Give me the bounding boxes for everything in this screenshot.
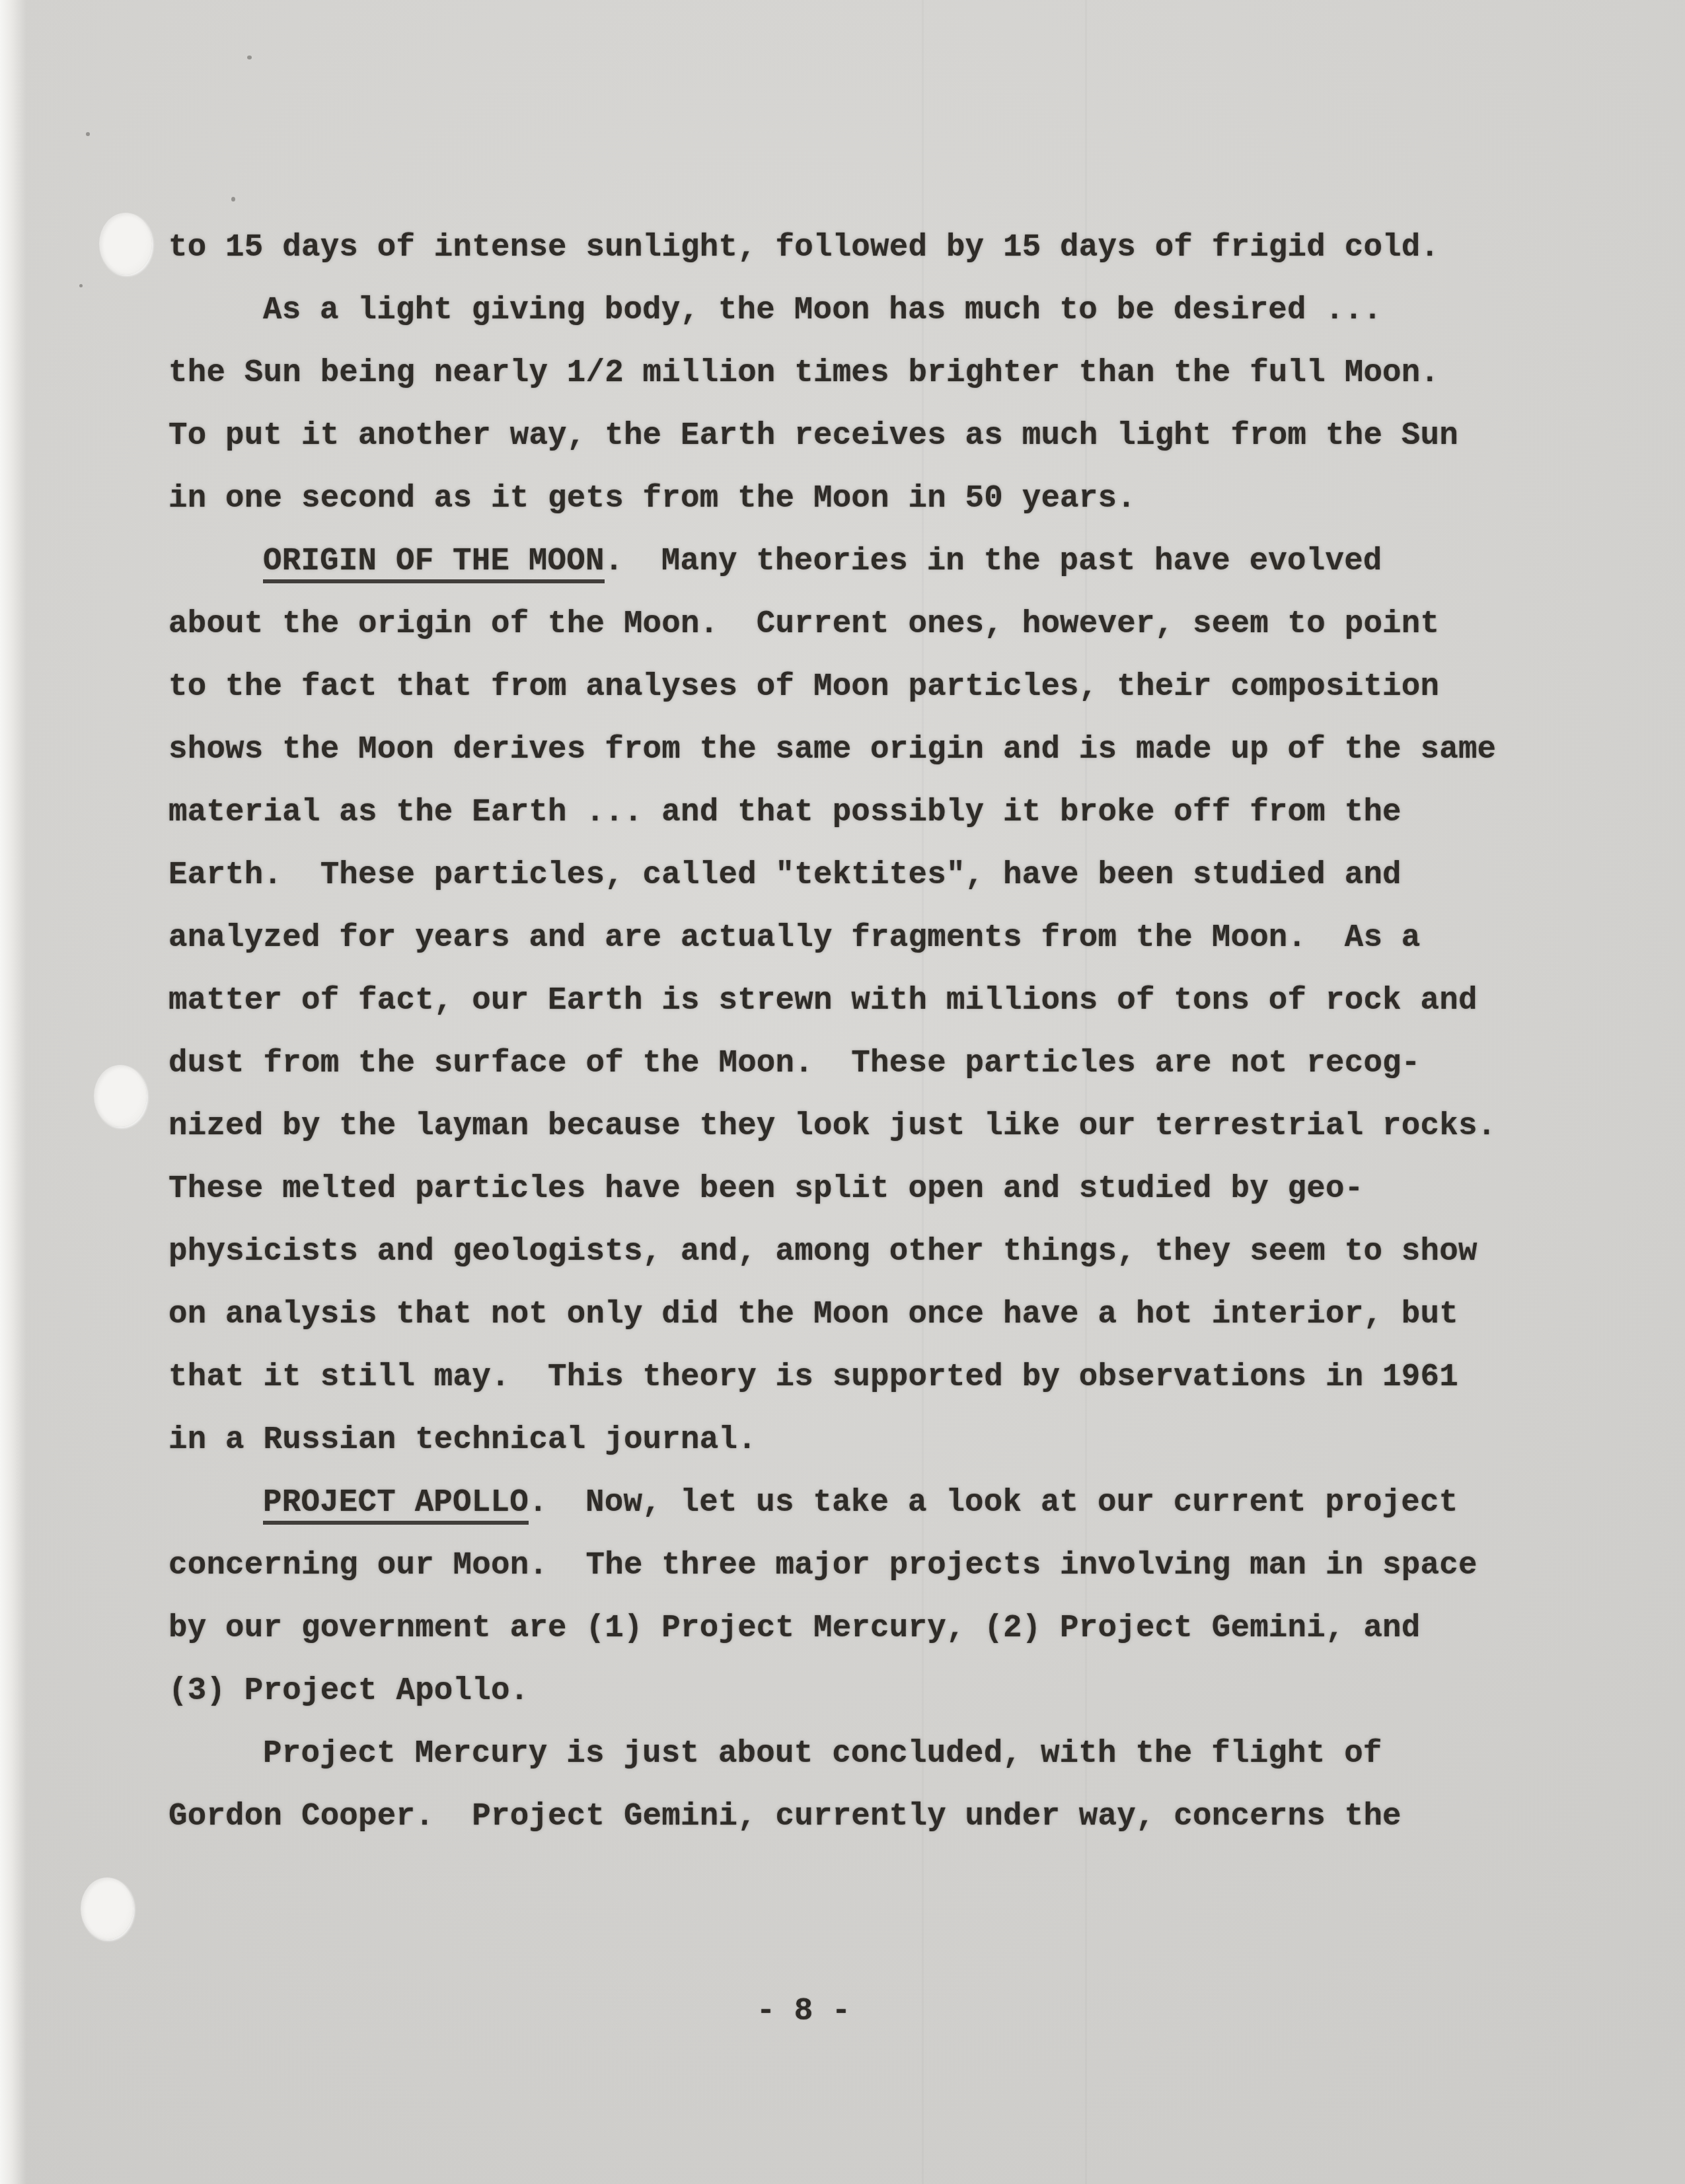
text-segment: to 15 days of intense sunlight, followed… (168, 230, 1439, 266)
scanned-document-page: to 15 days of intense sunlight, followed… (0, 0, 1685, 2184)
text-line: to the fact that from analyses of Moon p… (168, 656, 1563, 719)
text-line: to 15 days of intense sunlight, followed… (168, 217, 1563, 279)
paper-speck (79, 284, 83, 287)
text-line: Earth. These particles, called "tektites… (168, 844, 1563, 907)
text-segment: (3) Project Apollo. (168, 1673, 529, 1709)
text-segment: As a light giving body, the Moon has muc… (263, 293, 1382, 328)
punch-hole (99, 213, 152, 275)
text-segment: by our government are (1) Project Mercur… (168, 1611, 1421, 1646)
text-segment: the Sun being nearly 1/2 million times b… (168, 355, 1439, 391)
text-segment: matter of fact, our Earth is strewn with… (168, 983, 1478, 1019)
text-segment: to the fact that from analyses of Moon p… (168, 669, 1439, 705)
text-segment: . Now, let us take a look at our current… (529, 1485, 1458, 1521)
text-line: shows the Moon derives from the same ori… (168, 719, 1563, 782)
text-segment: in a Russian technical journal. (168, 1422, 757, 1458)
section-heading: PROJECT APOLLO (263, 1485, 529, 1525)
text-segment: Earth. These particles, called "tektites… (168, 857, 1402, 893)
text-segment: Project Mercury is just about concluded,… (263, 1736, 1382, 1772)
punch-hole (81, 1877, 133, 1940)
text-segment: These melted particles have been split o… (168, 1171, 1363, 1207)
text-line: Project Mercury is just about concluded,… (168, 1723, 1563, 1786)
text-segment: nized by the layman because they look ju… (168, 1109, 1496, 1144)
text-segment: physicists and geologists, and, among ot… (168, 1234, 1478, 1270)
text-line: ORIGIN OF THE MOON. Many theories in the… (168, 530, 1563, 593)
text-line: in a Russian technical journal. (168, 1409, 1563, 1472)
text-segment: . Many theories in the past have evolved (605, 544, 1382, 579)
text-segment: dust from the surface of the Moon. These… (168, 1046, 1421, 1081)
text-segment: shows the Moon derives from the same ori… (168, 732, 1496, 768)
text-line: As a light giving body, the Moon has muc… (168, 279, 1563, 342)
text-line: concerning our Moon. The three major pro… (168, 1535, 1563, 1597)
text-line: material as the Earth ... and that possi… (168, 782, 1563, 844)
text-line: PROJECT APOLLO. Now, let us take a look … (168, 1472, 1563, 1535)
text-line: Gordon Cooper. Project Gemini, currently… (168, 1786, 1563, 1848)
text-segment: concerning our Moon. The three major pro… (168, 1548, 1478, 1583)
text-line: by our government are (1) Project Mercur… (168, 1597, 1563, 1660)
text-segment: on analysis that not only did the Moon o… (168, 1297, 1458, 1332)
text-line: about the origin of the Moon. Current on… (168, 593, 1563, 656)
text-line: physicists and geologists, and, among ot… (168, 1221, 1563, 1284)
text-line: (3) Project Apollo. (168, 1660, 1563, 1723)
text-segment: To put it another way, the Earth receive… (168, 418, 1458, 454)
text-line: nized by the layman because they look ju… (168, 1095, 1563, 1158)
text-segment: that it still may. This theory is suppor… (168, 1360, 1458, 1395)
text-segment: Gordon Cooper. Project Gemini, currently… (168, 1799, 1402, 1835)
paper-speck (247, 55, 252, 59)
text-line: dust from the surface of the Moon. These… (168, 1033, 1563, 1095)
text-line: analyzed for years and are actually frag… (168, 907, 1563, 970)
text-line: in one second as it gets from the Moon i… (168, 468, 1563, 530)
text-line: on analysis that not only did the Moon o… (168, 1284, 1563, 1346)
text-line: the Sun being nearly 1/2 million times b… (168, 342, 1563, 405)
page-number: - 8 - (0, 1981, 1607, 2043)
paper-speck (86, 132, 90, 136)
text-line: matter of fact, our Earth is strewn with… (168, 970, 1563, 1033)
text-block: to 15 days of intense sunlight, followed… (168, 217, 1563, 1848)
text-line: These melted particles have been split o… (168, 1158, 1563, 1221)
punch-hole (94, 1065, 147, 1127)
paper-speck (231, 197, 235, 201)
text-segment: about the origin of the Moon. Current on… (168, 606, 1439, 642)
text-segment: analyzed for years and are actually frag… (168, 920, 1421, 956)
text-segment: in one second as it gets from the Moon i… (168, 481, 1136, 517)
section-heading: ORIGIN OF THE MOON (263, 544, 605, 583)
text-line: To put it another way, the Earth receive… (168, 405, 1563, 468)
text-line: that it still may. This theory is suppor… (168, 1346, 1563, 1409)
text-segment: material as the Earth ... and that possi… (168, 795, 1402, 830)
